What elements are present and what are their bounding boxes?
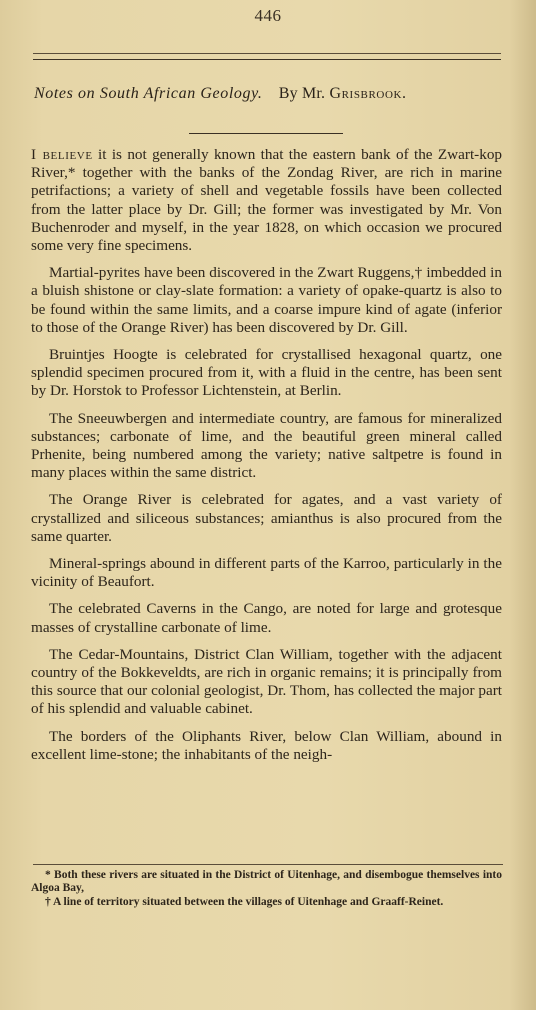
- paragraph: The borders of the Oliphants River, belo…: [31, 728, 502, 764]
- footnote: † A line of territory situated between t…: [31, 896, 502, 909]
- paragraph: The Cedar-Mountains, District Clan Willi…: [31, 646, 502, 719]
- page-number: 446: [0, 6, 536, 26]
- article-byline: By Mr. Grisbrook.: [279, 85, 407, 102]
- title-separator-rule: [189, 133, 343, 134]
- paragraph: Mineral-springs abound in different part…: [31, 555, 502, 591]
- book-page: 446 Notes on South African Geology. By M…: [0, 0, 536, 1010]
- paragraph: The Orange River is celebrated for agate…: [31, 491, 502, 546]
- article-title: Notes on South African Geology.: [34, 85, 263, 102]
- paragraph: The celebrated Caverns in the Cango, are…: [31, 600, 502, 636]
- footnote-text: Both these rivers are situated in the Di…: [31, 869, 502, 894]
- article-body: I believe it is not generally known that…: [31, 146, 502, 773]
- footnote-text: A line of territory situated between the…: [53, 896, 443, 908]
- footnote-marker: †: [45, 896, 51, 908]
- paragraph: Bruintjes Hoogte is celebrated for cryst…: [31, 346, 502, 401]
- paragraph: The Sneeuwbergen and intermediate countr…: [31, 410, 502, 483]
- header-double-rule: [33, 53, 501, 60]
- paragraph-text: it is not generally known that the easte…: [31, 146, 502, 254]
- footnotes: * Both these rivers are situated in the …: [31, 869, 502, 909]
- paragraph-lead-smallcaps: I believe: [31, 146, 93, 163]
- author-prefix: By Mr.: [279, 85, 326, 102]
- paragraph: I believe it is not generally known that…: [31, 146, 502, 255]
- article-heading: Notes on South African Geology. By Mr. G…: [34, 85, 504, 103]
- paragraph: Martial-pyrites have been discovered in …: [31, 264, 502, 337]
- author-name: Grisbrook.: [329, 85, 406, 102]
- footnote-separator-rule: [33, 864, 503, 865]
- footnote: * Both these rivers are situated in the …: [31, 869, 502, 896]
- footnote-marker: *: [45, 869, 51, 881]
